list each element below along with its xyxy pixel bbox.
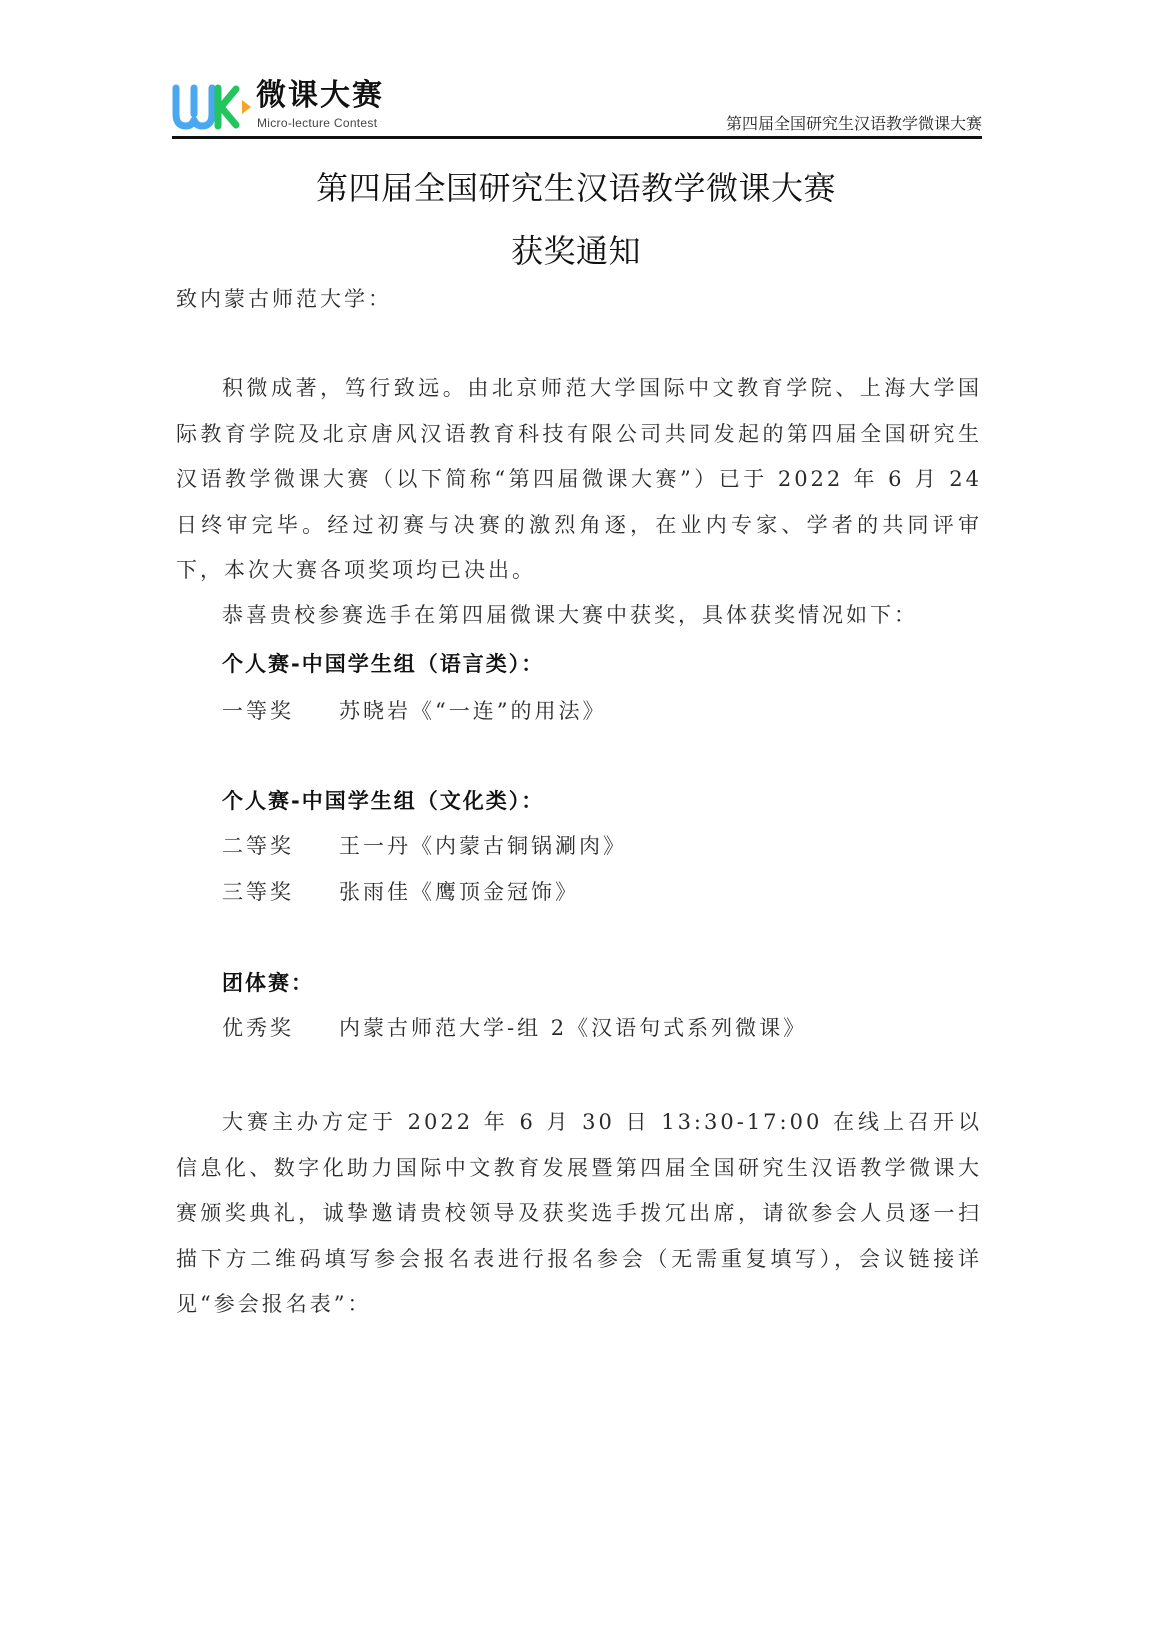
ceremony-paragraph: 大赛主办方定于 2022 年 6 月 30 日 13:30-17:00 在线上召…: [176, 1100, 982, 1328]
header-divider: [172, 136, 982, 139]
running-header-title: 第四届全国研究生汉语教学微课大赛: [726, 111, 982, 134]
document-subtitle: 获奖通知: [0, 226, 1152, 272]
document-title: 第四届全国研究生汉语教学微课大赛: [0, 163, 1152, 209]
wk-logo-icon: [172, 84, 252, 130]
congratulations-paragraph: 恭喜贵校参赛选手在第四届微课大赛中获奖，具体获奖情况如下：: [176, 593, 982, 639]
award-row: 三等奖张雨佳《鹰顶金冠饰》: [222, 876, 579, 906]
award-level: 一等奖: [222, 695, 339, 725]
logo-english-text: Micro-lecture Contest: [257, 116, 377, 130]
award-row: 一等奖苏晓岩《“一连”的用法》: [222, 695, 606, 725]
award-level: 三等奖: [222, 876, 339, 906]
section-heading-language: 个人赛-中国学生组（语言类）：: [222, 648, 544, 678]
award-entry: 内蒙古师范大学-组 2《汉语句式系列微课》: [339, 1016, 807, 1040]
section-heading-team: 团体赛：: [222, 967, 314, 997]
document-page: 微课大赛 Micro-lecture Contest 第四届全国研究生汉语教学微…: [0, 0, 1152, 1629]
logo-chinese-text: 微课大赛: [256, 78, 384, 114]
intro-paragraph: 积微成著，笃行致远。由北京师范大学国际中文教育学院、上海大学国际教育学院及北京唐…: [176, 366, 982, 594]
award-level: 二等奖: [222, 830, 339, 860]
contest-logo: 微课大赛 Micro-lecture Contest: [172, 78, 392, 134]
award-entry: 张雨佳《鹰顶金冠饰》: [339, 880, 579, 904]
award-row: 二等奖王一丹《内蒙古铜锅涮肉》: [222, 830, 627, 860]
page-header: 微课大赛 Micro-lecture Contest 第四届全国研究生汉语教学微…: [172, 70, 982, 138]
award-level: 优秀奖: [222, 1012, 339, 1042]
salutation: 致内蒙古师范大学：: [176, 283, 392, 313]
section-heading-culture: 个人赛-中国学生组（文化类）：: [222, 785, 544, 815]
award-entry: 苏晓岩《“一连”的用法》: [339, 699, 606, 723]
award-row: 优秀奖内蒙古师范大学-组 2《汉语句式系列微课》: [222, 1012, 807, 1042]
award-entry: 王一丹《内蒙古铜锅涮肉》: [339, 834, 627, 858]
